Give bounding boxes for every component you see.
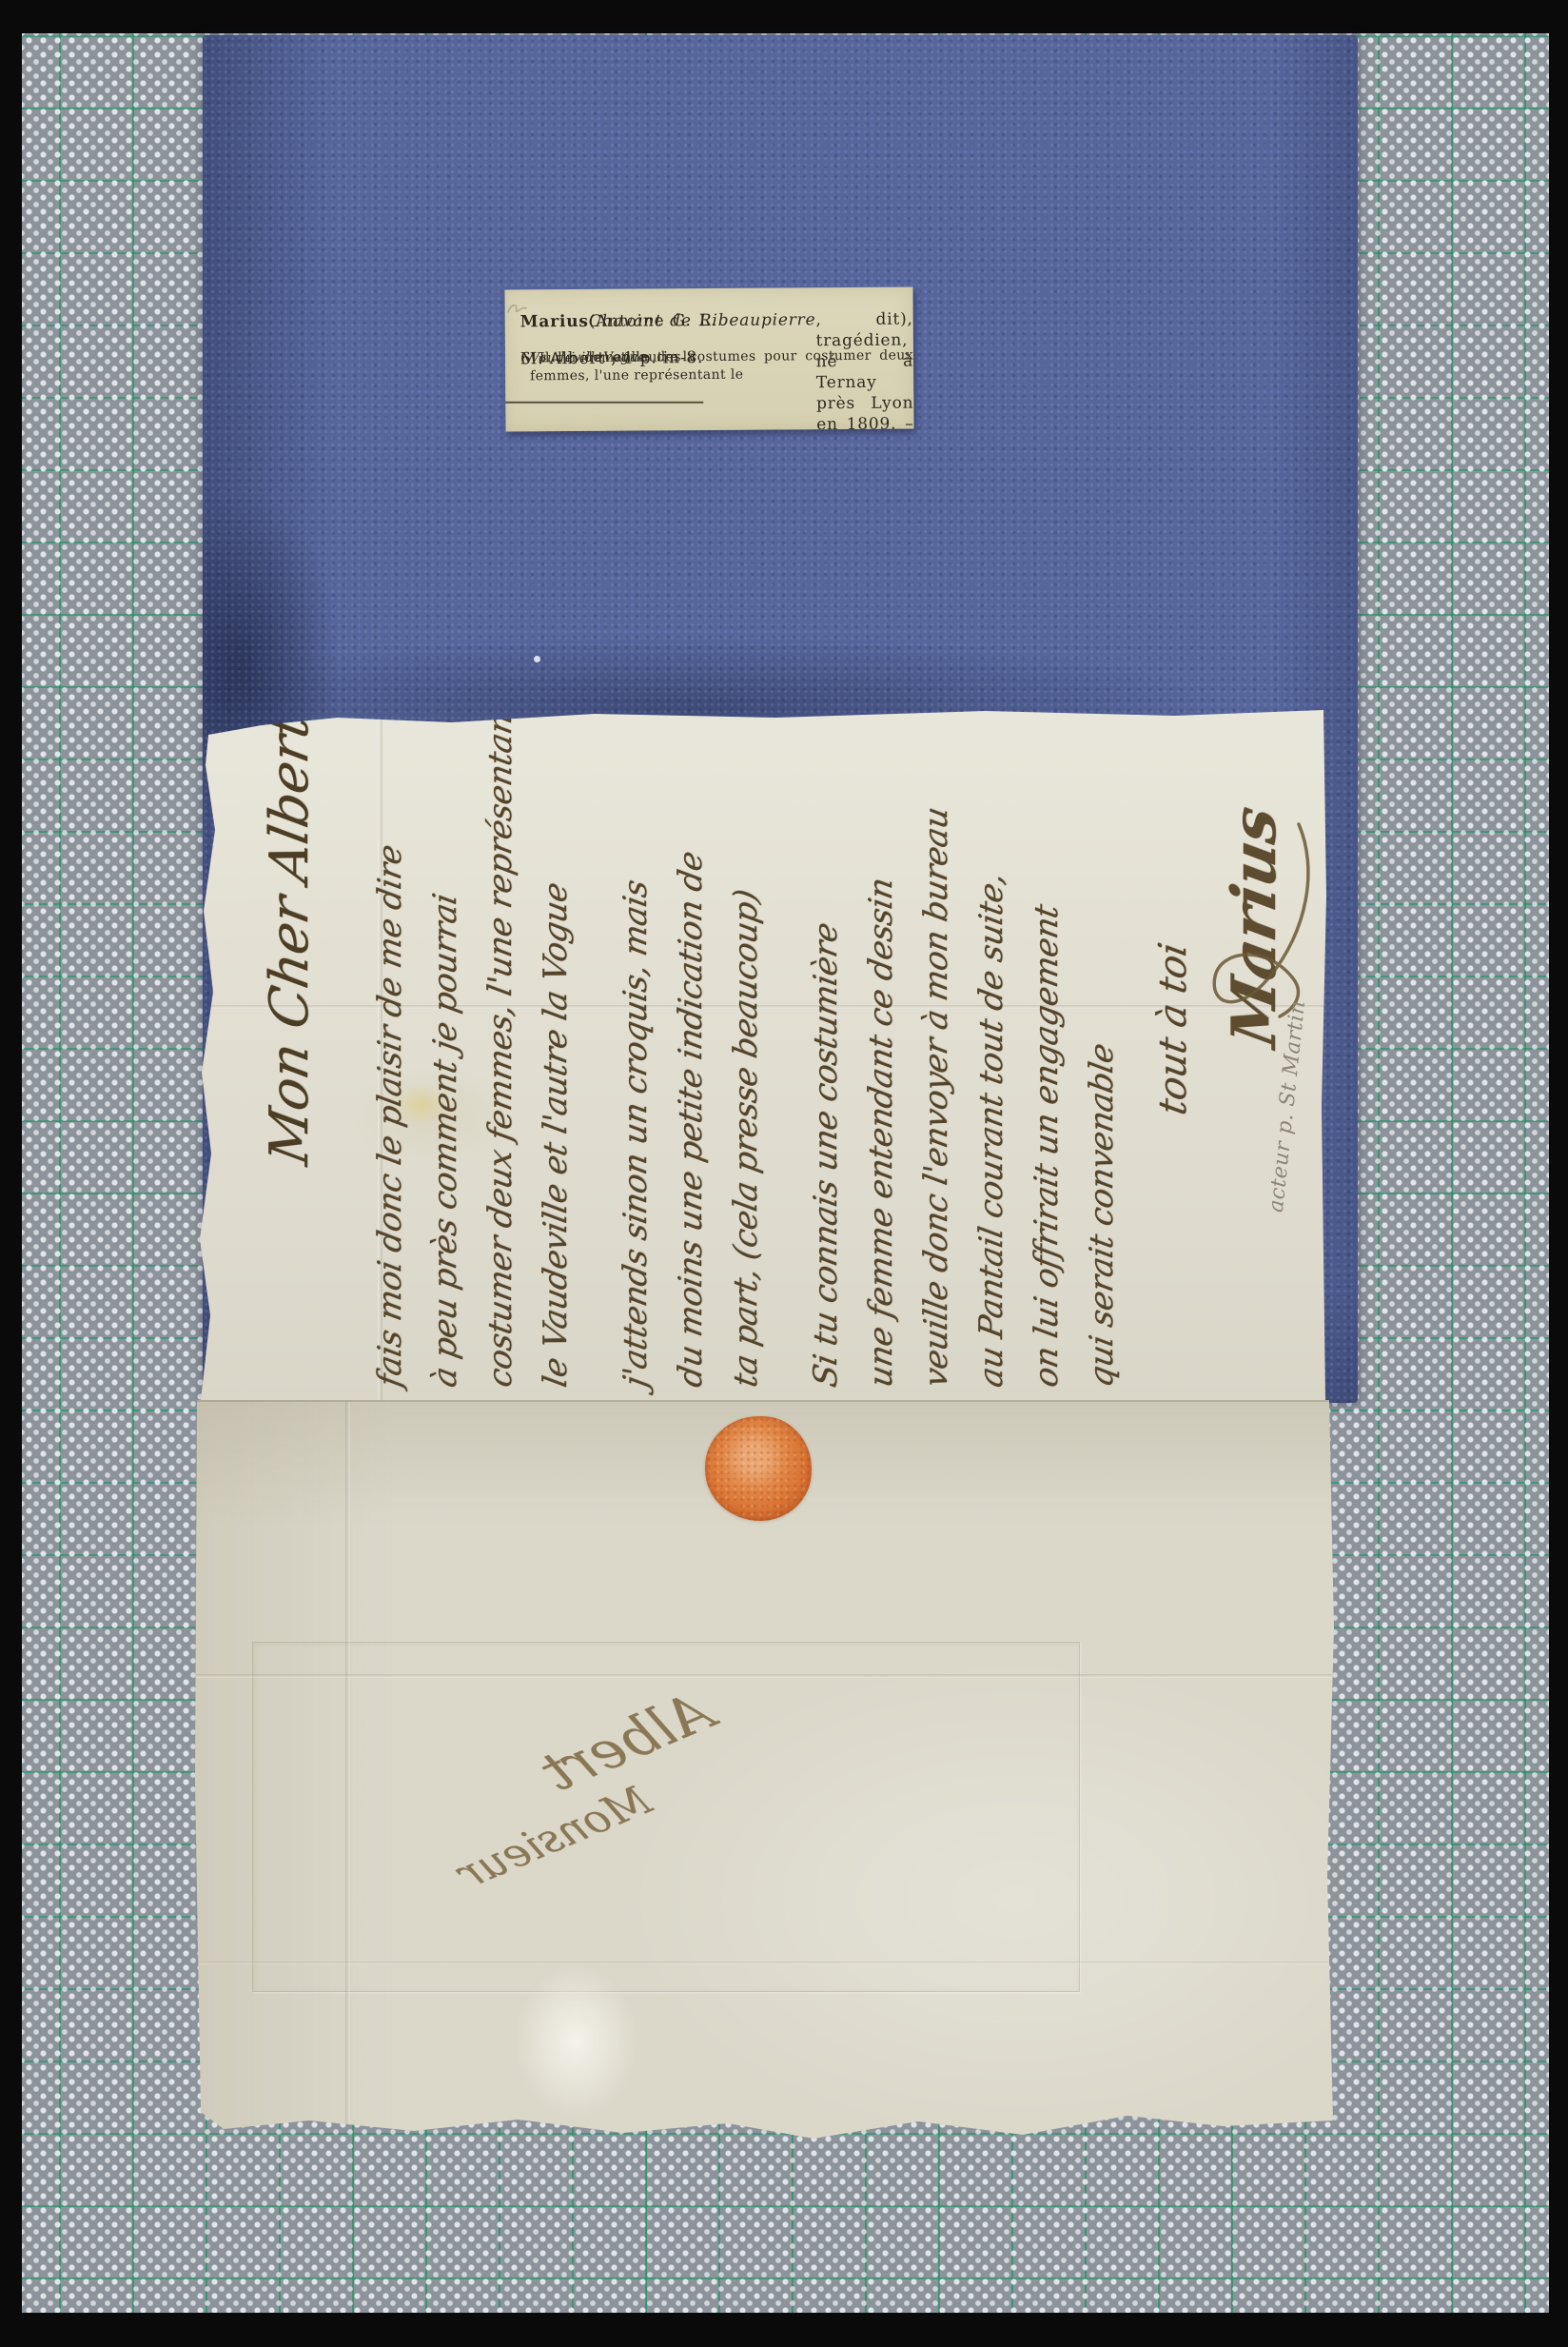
note-text: . [647, 348, 661, 366]
letter-line: qui serait convenable [1074, 706, 1129, 1400]
letter-line: on lui offrirait un engagement [1019, 706, 1074, 1400]
paper-speck [534, 656, 540, 662]
photo-of-autograph-letter: Marius (Antoine G. L. Chavant de Ribeaup… [0, 0, 1568, 2347]
catalogue-entry: Marius (Antoine G. L. Chavant de Ribeaup… [520, 309, 902, 333]
letter-handwriting: Mon Cher Albertfais moi donc le plaisir … [195, 706, 1327, 1400]
letter-line: du moins une petite indication de [663, 706, 718, 1400]
letter-line: à peu près comment je pourrai [418, 706, 473, 1400]
catalogue-clipping: Marius (Antoine G. L. Chavant de Ribeaup… [504, 287, 913, 432]
letter-line: au Pantail courant tout de suite, [964, 706, 1019, 1400]
letter-line: fais moi donc le plaisir de me dire [363, 706, 418, 1400]
horizontal-fold-crease [195, 1962, 1334, 1964]
letter-line: Si tu connais une costumière [798, 706, 853, 1400]
letter-line: une femme entendant ce dessin [853, 706, 909, 1400]
entry-name: Marius [520, 312, 589, 332]
letter-line: costumer deux femmes, l'une représentant [473, 706, 528, 1400]
catalogue-note: Il lui demande des costumes pour costume… [520, 347, 902, 368]
orange-wax-wafer-seal [705, 1416, 812, 1521]
letter-verso-sheet: AlbertMonsieur [195, 1400, 1334, 2204]
letter-line: tout à toi [1141, 706, 1205, 1400]
letter-line: veuille donc l'envoyer à mon bureau [909, 706, 964, 1400]
letter-line: ta part, (cela presse beaucoup) [718, 706, 774, 1400]
horizontal-fold-crease [195, 1674, 1334, 1678]
pencil-underline [504, 402, 703, 404]
letter-line: le Vaudeville et l'autre la Vogue [528, 706, 583, 1400]
letter-line: j'attends sinon un croquis, mais [608, 706, 663, 1400]
letter-line: Mon Cher Albert [246, 706, 334, 1400]
note-text: Il lui demande des costumes pour costume… [530, 347, 913, 386]
pencil-margin-mark-icon [505, 297, 530, 322]
letter-front-sheet: Mon Cher Albertfais moi donc le plaisir … [195, 706, 1327, 1400]
paper-thinning-patch [514, 1965, 637, 2118]
vertical-fold-crease [345, 1402, 350, 2204]
entry-text: (Antoine G. L. [589, 310, 717, 332]
